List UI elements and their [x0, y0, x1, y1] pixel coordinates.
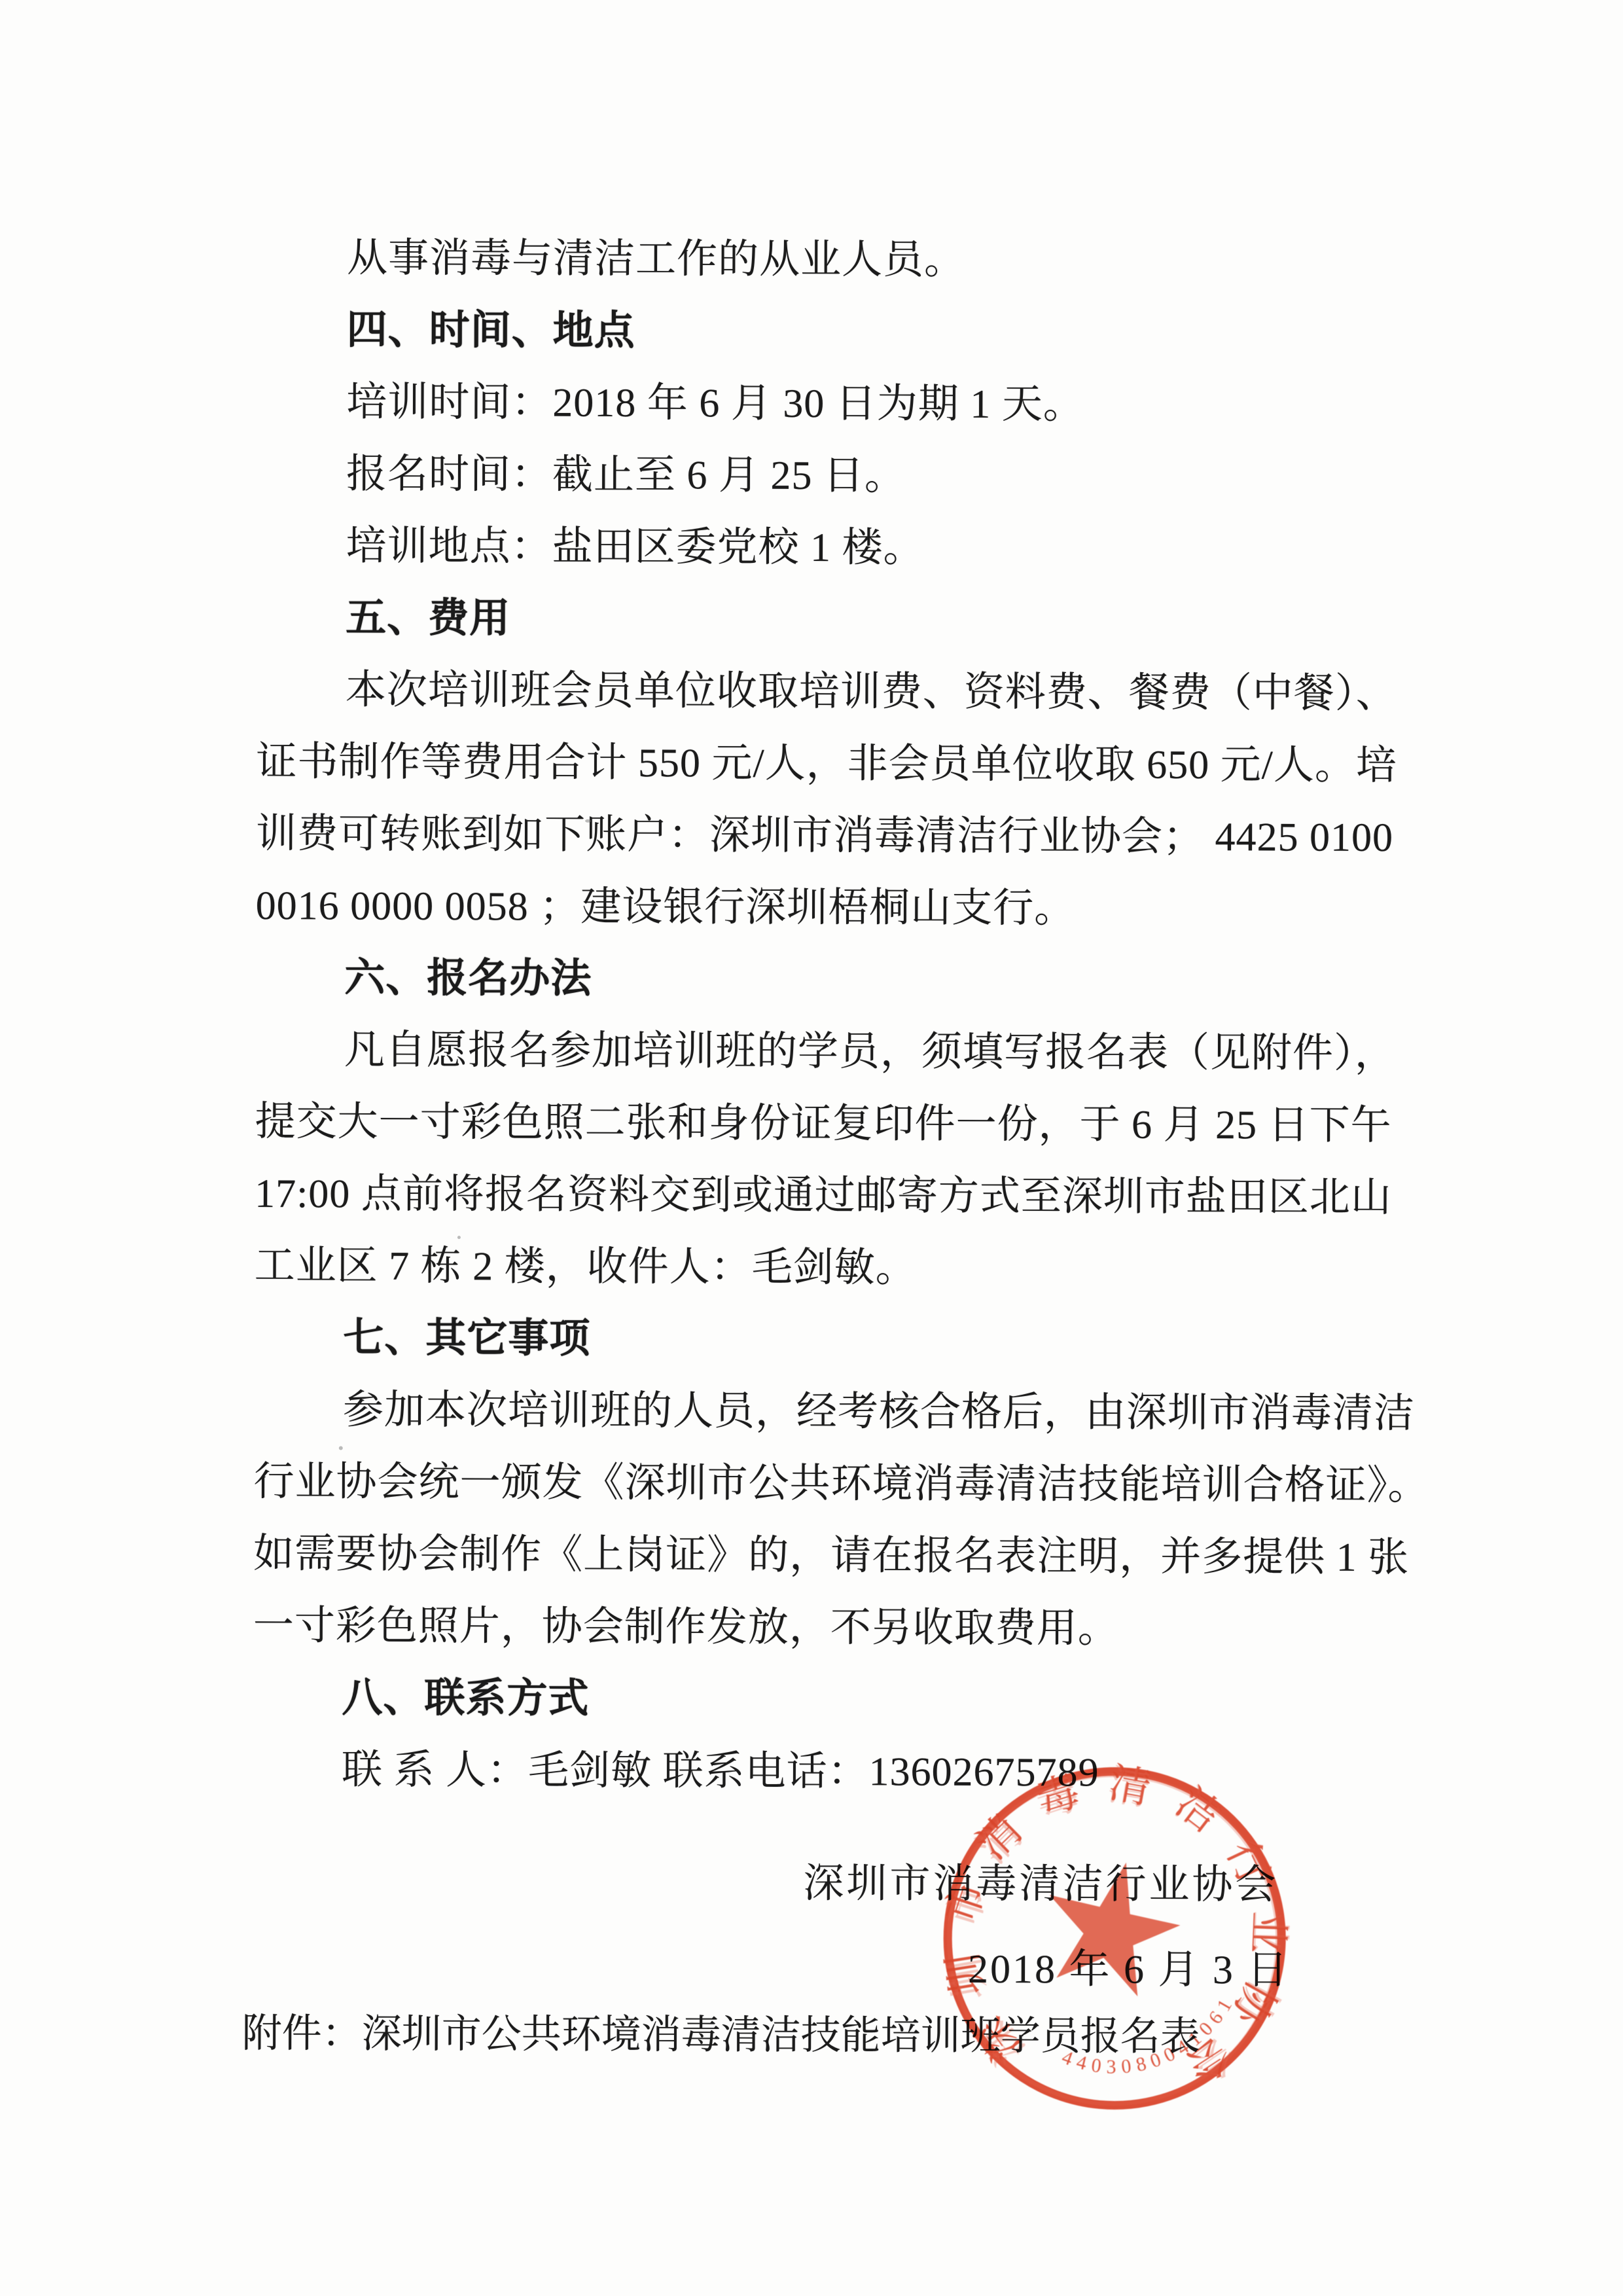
star-icon [1041, 1856, 1185, 2000]
body-line: 训费可转账到如下账户：深圳市消毒清洁行业协会； 4425 0100 [256, 798, 1408, 874]
section-heading: 七、其它事项 [254, 1302, 1406, 1378]
body-line: 17:00 点前将报名资料交到或通过邮寄方式至深圳市盐田区北山 [255, 1158, 1406, 1234]
body-line: 从事消毒与清洁工作的从业人员。 [258, 222, 1410, 298]
body-line: 报名时间：截止至 6 月 25 日。 [257, 438, 1409, 514]
scan-speck [457, 1236, 461, 1239]
official-seal: 深圳市消毒清洁行业协会 深圳市消毒清洁行业协会 4403080041061 [908, 1732, 1321, 2145]
section-heading: 四、时间、地点 [258, 294, 1410, 370]
body-line: 参加本次培训班的人员，经考核合格后，由深圳市消毒清洁 [254, 1374, 1406, 1450]
body-line: 提交大一寸彩色照二张和身份证复印件一份，于 6 月 25 日下午 [255, 1086, 1406, 1162]
scan-speck [585, 819, 591, 823]
section-heading: 八、联系方式 [253, 1662, 1404, 1738]
section-heading: 六、报名办法 [255, 942, 1407, 1018]
body-line: 本次培训班会员单位收取培训费、资料费、餐费（中餐）、 [257, 654, 1408, 730]
document-body: 从事消毒与清洁工作的从业人员。 四、时间、地点 培训时间：2018 年 6 月 … [253, 222, 1410, 1810]
body-line: 0016 0000 0058 ；建设银行深圳梧桐山支行。 [255, 870, 1407, 946]
body-line: 工业区 7 栋 2 楼，收件人：毛剑敏。 [255, 1230, 1406, 1306]
body-line: 培训时间：2018 年 6 月 30 日为期 1 天。 [257, 366, 1409, 442]
body-line: 证书制作等费用合计 550 元/人，非会员单位收取 650 元/人。培 [256, 726, 1408, 802]
body-line: 凡自愿报名参加培训班的学员，须填写报名表（见附件）， [255, 1014, 1407, 1090]
body-line: 行业协会统一颁发《深圳市公共环境消毒清洁技能培训合格证》。 [253, 1446, 1405, 1522]
scan-speck [339, 1446, 343, 1450]
body-line: 一寸彩色照片，协会制作发放，不另收取费用。 [253, 1590, 1405, 1666]
body-line: 培训地点：盐田区委党校 1 楼。 [257, 510, 1408, 586]
scanned-document-page: 从事消毒与清洁工作的从业人员。 四、时间、地点 培训时间：2018 年 6 月 … [0, 0, 1623, 2296]
body-line: 如需要协会制作《上岗证》的，请在报名表注明，并多提供 1 张 [253, 1518, 1405, 1594]
section-heading: 五、费用 [257, 582, 1408, 658]
